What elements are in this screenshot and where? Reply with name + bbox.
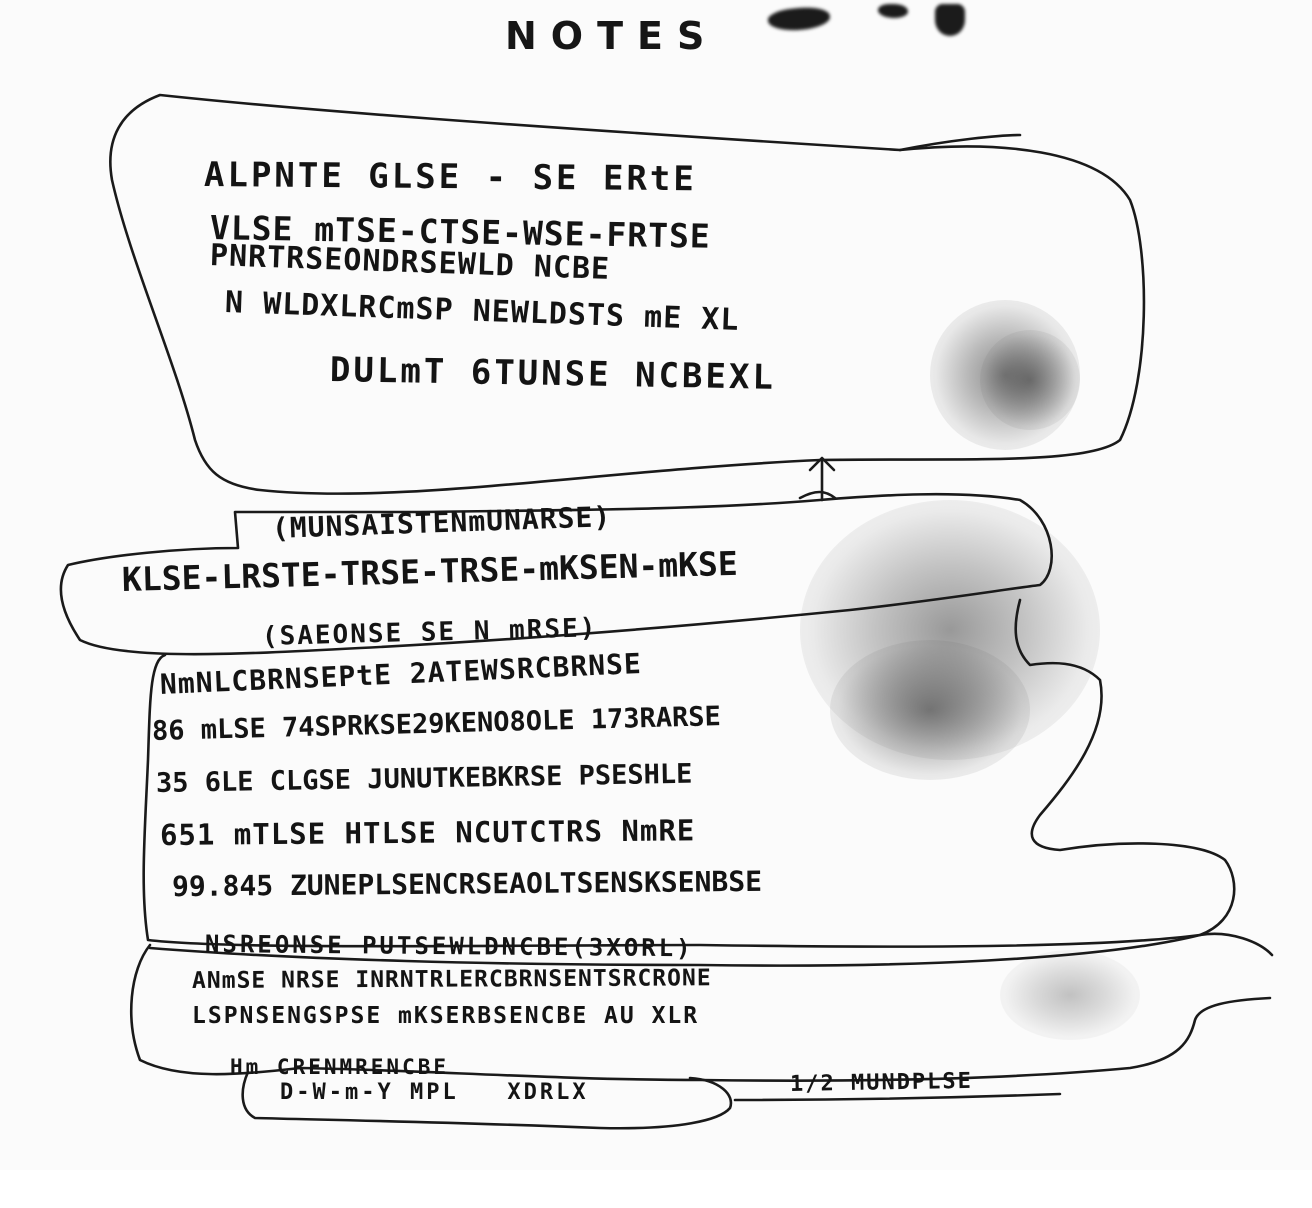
note-line: ALPNTE GLSE - SE ERtE xyxy=(204,155,697,199)
note-line: ANmSE NRSE INRNTRLERCBRNSENTSRCRONE xyxy=(192,965,712,994)
side-note: 1/2 MUNDPLSE xyxy=(790,1069,973,1097)
note-line: 651 mTLSE HTLSE NCUTCTRS NmRE xyxy=(160,813,696,852)
arrow-up-mark xyxy=(800,458,835,500)
note-line: 99.845 ZUNEPLSENCRSEAOLTSENSKSENBSE xyxy=(172,865,762,903)
note-line: D-W-m-Y MPL XDRLX xyxy=(280,1080,589,1105)
note-line: DULmT 6TUNSE NCBEXL xyxy=(330,350,777,398)
note-line: NSREONSE PUTSEWLDNCBE(3XORL) xyxy=(205,930,694,962)
note-line: LSPNSENGSPSE mKSERBSENCBE AU XLR xyxy=(192,1003,699,1029)
note-line: Hm CRENMRENCBE xyxy=(230,1055,449,1079)
